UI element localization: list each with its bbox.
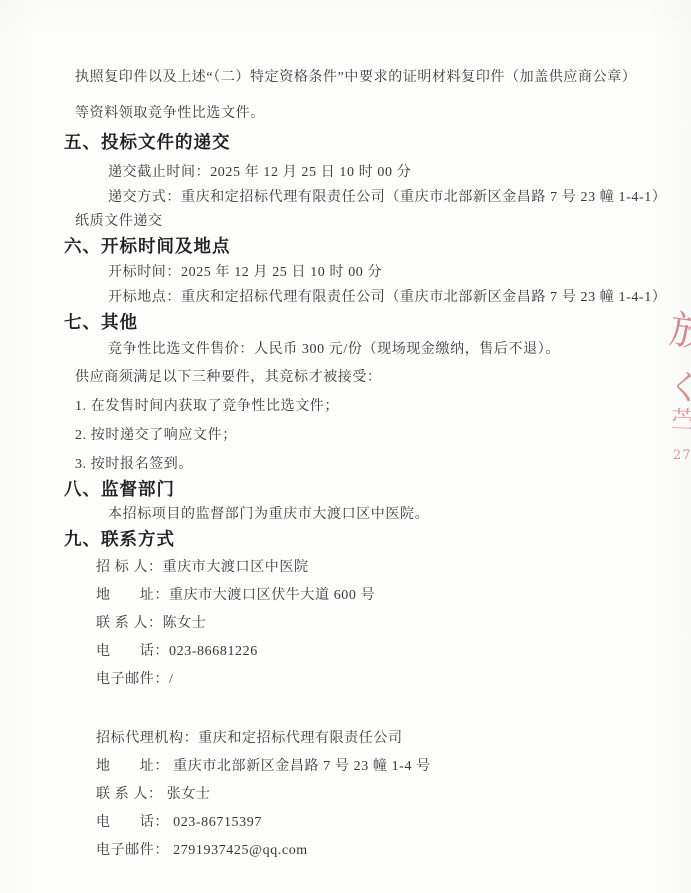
section-7-item-2: 2. 按时递交了响应文件； (75, 424, 237, 444)
intro-paragraph-line-2: 等资料领取竞争性比选文件。 (75, 102, 265, 122)
section-7-doc-price: 竞争性比选文件售价：人民币 300 元/份（现场现金缴纳，售后不退）。 (108, 338, 560, 358)
section-5-method: 递交方式：重庆和定招标代理有限责任公司（重庆市北部新区金昌路 7 号 23 幢 … (108, 186, 666, 206)
section-6-open-time: 开标时间：2025 年 12 月 25 日 10 时 00 分 (108, 261, 382, 281)
intro-paragraph-line-1: 执照复印件以及上述“（二）特定资格条件”中要求的证明材料复印件（加盖供应商公章） (75, 66, 636, 86)
section-7-heading: 七、其他 (64, 309, 138, 334)
section-5-heading: 五、投标文件的递交 (64, 129, 231, 154)
agency-line: 招标代理机构：重庆和定招标代理有限责任公司 (96, 727, 403, 747)
section-7-item-3: 3. 按时报名签到。 (75, 453, 193, 473)
red-ink-mark-2: く (666, 359, 691, 410)
agency-email: 电子邮件： 2791937425@qq.com (96, 839, 308, 859)
red-ink-mark-4: 27 (673, 448, 691, 463)
section-7-item-1: 1. 在发售时间内获取了竞争性比选文件； (75, 395, 339, 415)
red-ink-mark-1: 放 (666, 297, 691, 359)
section-5-deadline: 递交截止时间：2025 年 12 月 25 日 10 时 00 分 (108, 161, 411, 181)
section-8-heading: 八、监督部门 (64, 476, 175, 501)
agency-address: 地 址： 重庆市北部新区金昌路 7 号 23 幢 1-4 号 (96, 755, 431, 775)
tenderer-line: 招 标 人：重庆市大渡口区中医院 (96, 556, 309, 576)
section-8-body: 本招标项目的监督部门为重庆市大渡口区中医院。 (108, 503, 429, 523)
tenderer-email: 电子邮件：/ (96, 668, 174, 688)
tenderer-contact: 联 系 人：陈女士 (96, 612, 206, 632)
agency-phone: 电 话： 023-86715397 (96, 811, 262, 831)
section-5-method-continued: 纸质文件递交 (75, 210, 163, 230)
tenderer-address: 地 址：重庆市大渡口区伏牛大道 600 号 (96, 584, 375, 604)
scanned-document-page: 执照复印件以及上述“（二）特定资格条件”中要求的证明材料复印件（加盖供应商公章）… (0, 0, 691, 893)
section-6-open-place: 开标地点：重庆和定招标代理有限责任公司（重庆市北部新区金昌路 7 号 23 幢 … (108, 286, 666, 306)
tenderer-phone: 电 话：023-86681226 (96, 640, 258, 660)
agency-contact: 联 系 人： 张女士 (96, 783, 211, 803)
red-ink-mark-3: 苎 (670, 400, 691, 436)
section-9-heading: 九、联系方式 (64, 526, 175, 551)
section-6-heading: 六、开标时间及地点 (64, 233, 231, 258)
section-7-requirement-intro: 供应商须满足以下三种要件，其竞标才被接受： (75, 366, 382, 386)
